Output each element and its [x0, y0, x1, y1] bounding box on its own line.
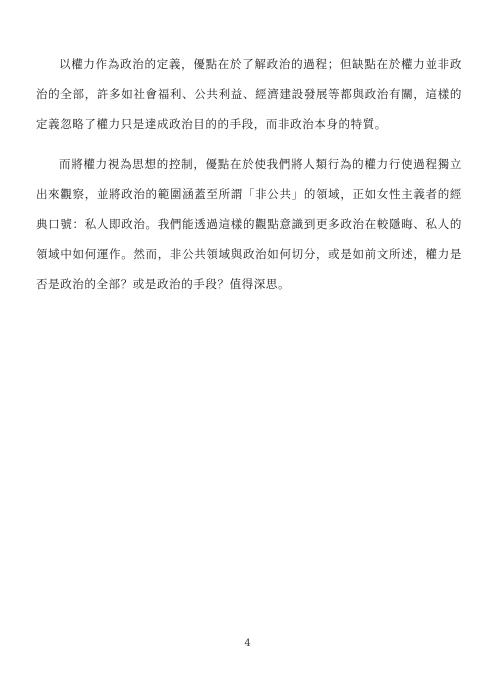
- page-footer: 4: [0, 631, 495, 650]
- document-page: 以權力作為政治的定義，優點在於了解政治的過程；但缺點在於權力並非政治的全部，許多…: [0, 0, 495, 700]
- document-body: 以權力作為政治的定義，優點在於了解政治的過程；但缺點在於權力並非政治的全部，許多…: [36, 49, 462, 309]
- paragraph-power-definition: 以權力作為政治的定義，優點在於了解政治的過程；但缺點在於權力並非政治的全部，許多…: [36, 49, 462, 139]
- page-number: 4: [244, 638, 250, 649]
- paragraph-thought-control: 而將權力視為思想的控制，優點在於使我們將人類行為的權力行使過程獨立出來觀察，並將…: [36, 149, 462, 299]
